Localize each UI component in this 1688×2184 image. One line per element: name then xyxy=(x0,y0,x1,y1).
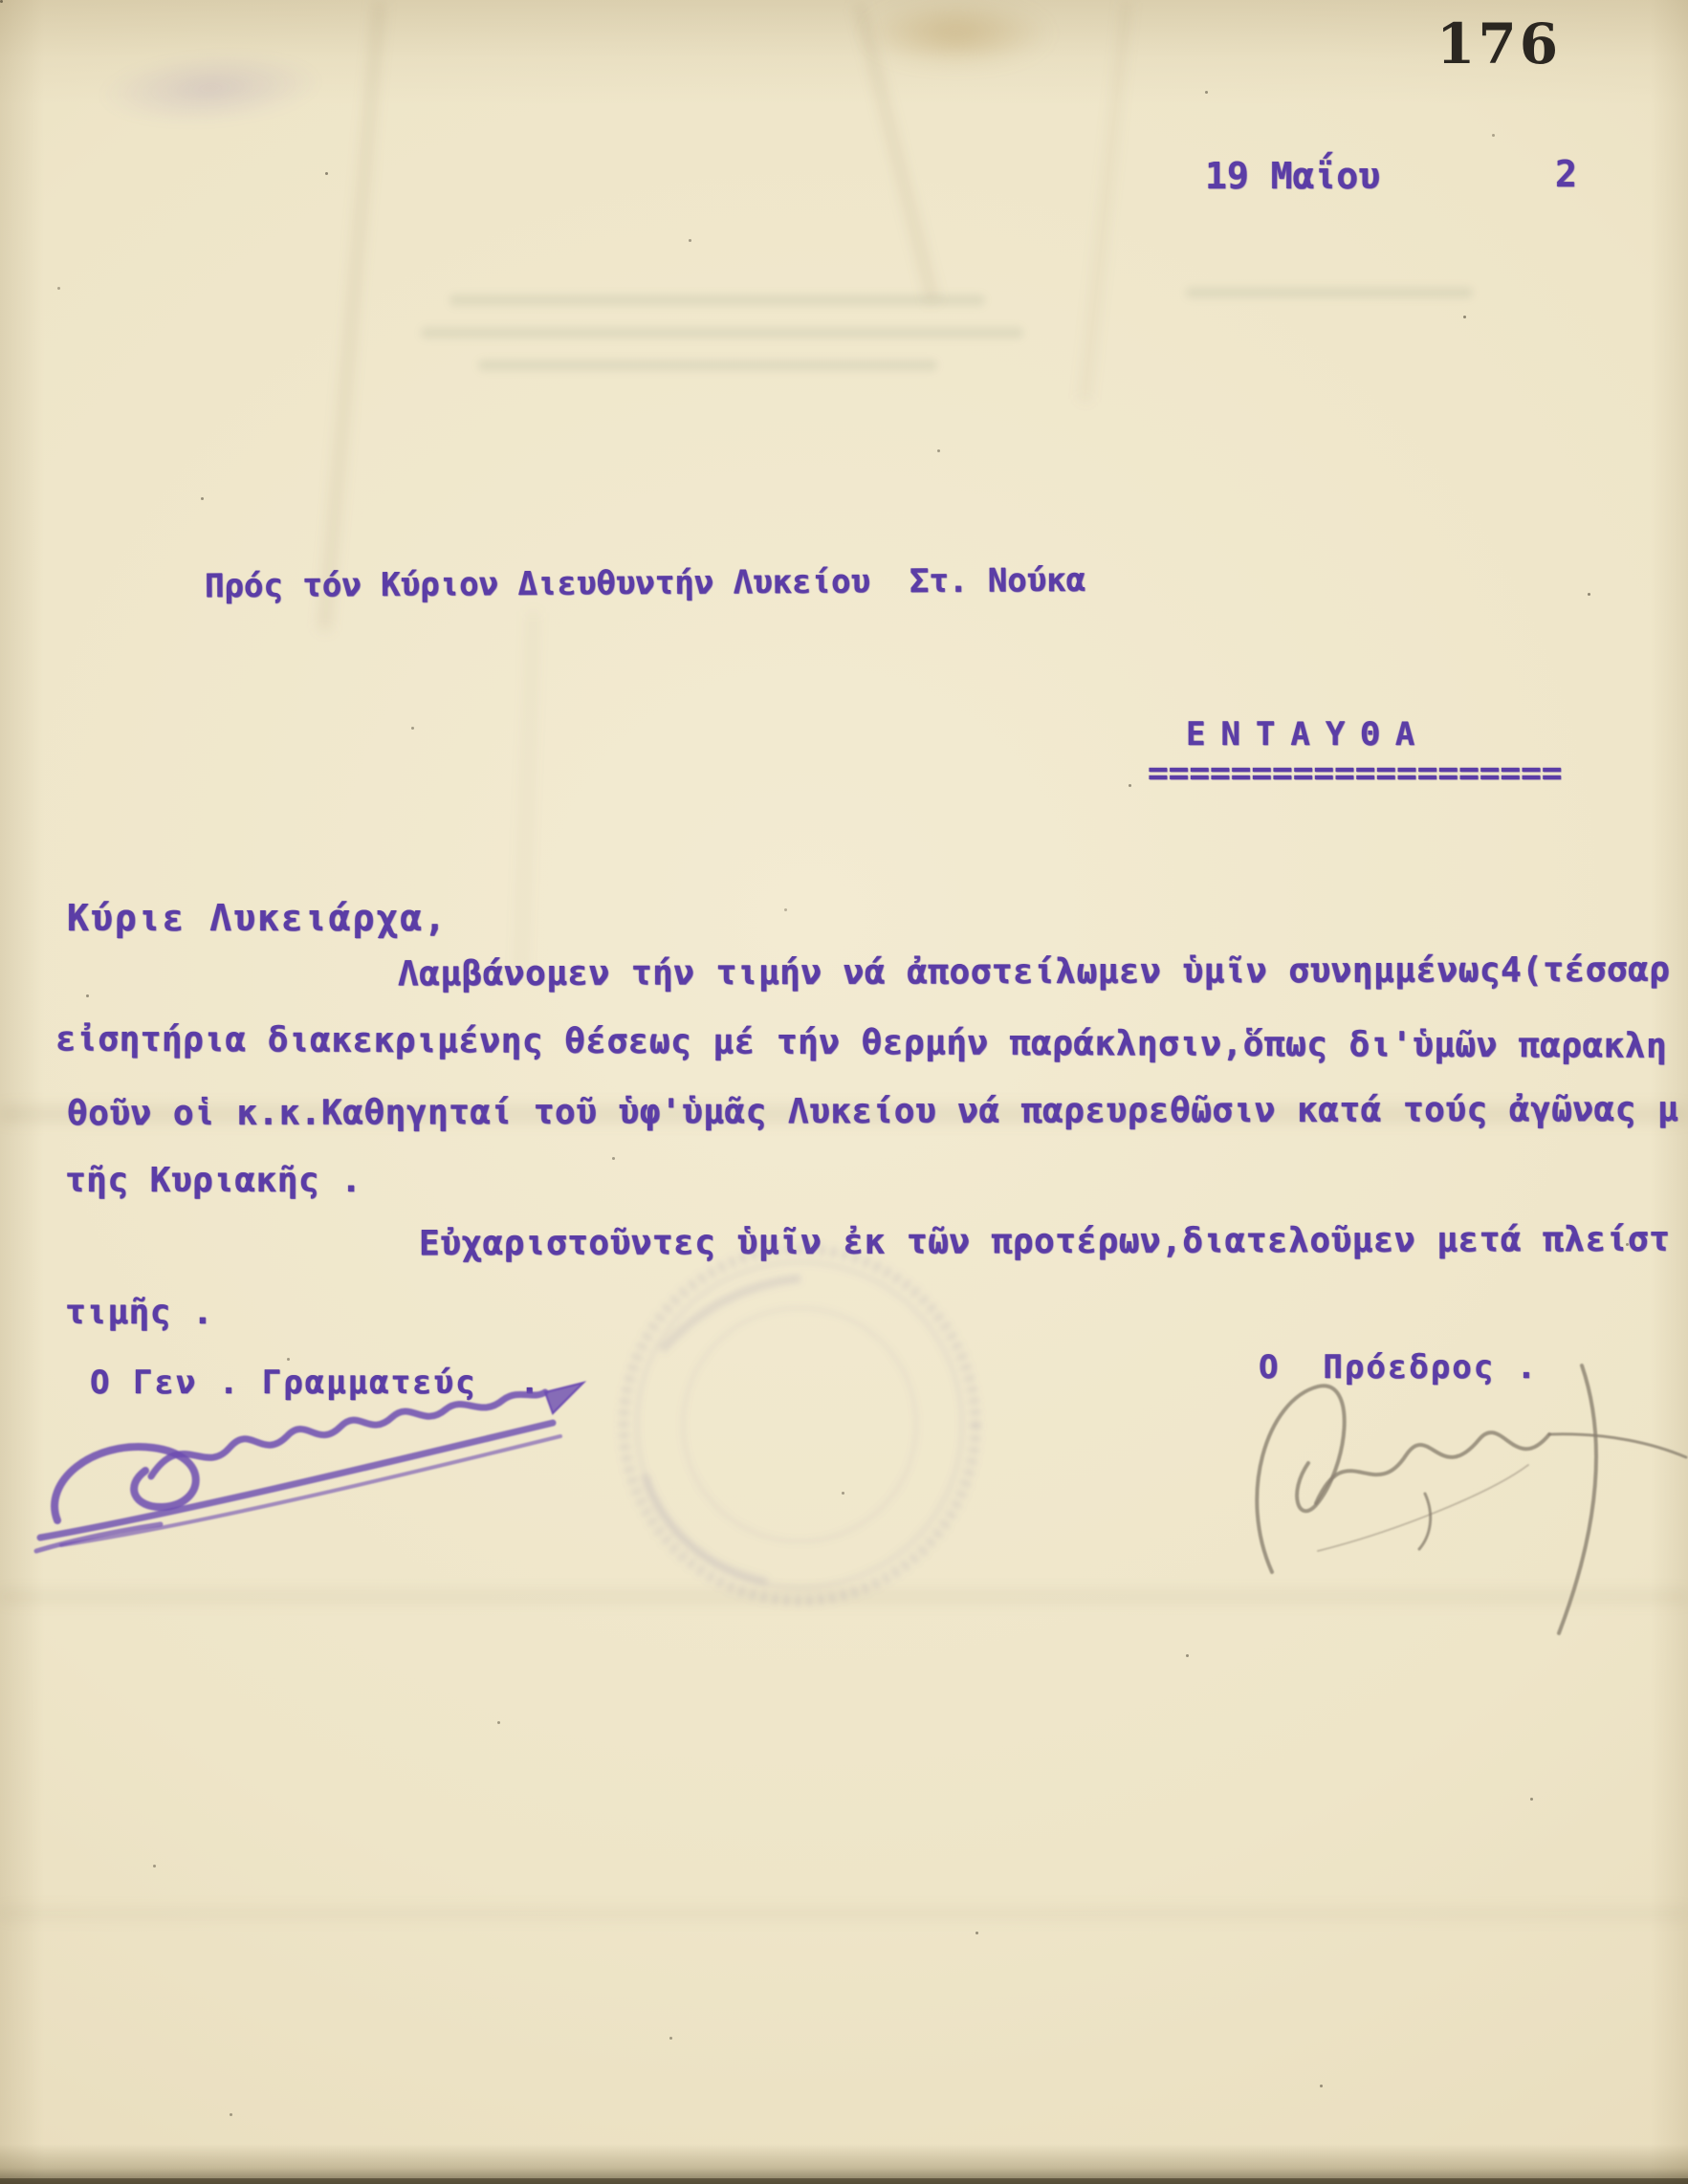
body-line: τῆς Κυριακῆς . xyxy=(65,1161,362,1200)
paper-stain xyxy=(861,0,1052,67)
body-line: τιμῆς . xyxy=(65,1293,213,1332)
show-through-text xyxy=(449,295,985,306)
recipient-line: Πρός τόν Κύριον Διευθυντήν Λυκείου Στ. Ν… xyxy=(205,561,1085,605)
show-through-text xyxy=(1186,287,1473,298)
body-line: θοῦν οἱ κ.κ.Καθηγηταί τοῦ ὑφ'ὑμᾶς Λυκείο… xyxy=(67,1090,1678,1133)
location-heading: ΕΝΤΑΥΘΑ xyxy=(1186,715,1430,753)
show-through-text xyxy=(478,360,937,371)
secretary-signature xyxy=(17,1369,639,1561)
president-signature xyxy=(1203,1350,1688,1656)
paper-crease xyxy=(0,1905,1688,1922)
paper-left-shadow xyxy=(0,0,44,2184)
scanned-letter-page: 176 19 Μαΐου 2 Πρός τόν Κύριον Διευθυντή… xyxy=(0,0,1688,2184)
body-line: Λαμβάνομεν τήν τιμήν νά ἀποστείλωμεν ὑμῖ… xyxy=(398,950,1671,994)
location-heading-underline: ==================== xyxy=(1148,753,1562,793)
ink-ghost-mark xyxy=(99,45,323,132)
paper-crease xyxy=(515,612,538,975)
round-stamp xyxy=(595,1226,1006,1637)
show-through-text xyxy=(421,327,1023,339)
page-number: 176 xyxy=(1436,11,1561,76)
date-line: 19 Μαΐου xyxy=(1205,155,1380,197)
salutation: Κύριε Λυκειάρχα, xyxy=(67,897,448,939)
body-line: εἰσητήρια διακεκριμένης θέσεως μέ τήν θε… xyxy=(55,1019,1667,1065)
date-year-fragment: 2 xyxy=(1555,153,1577,195)
paper-speckles xyxy=(0,0,3,3)
scan-bottom-edge xyxy=(0,2178,1688,2184)
